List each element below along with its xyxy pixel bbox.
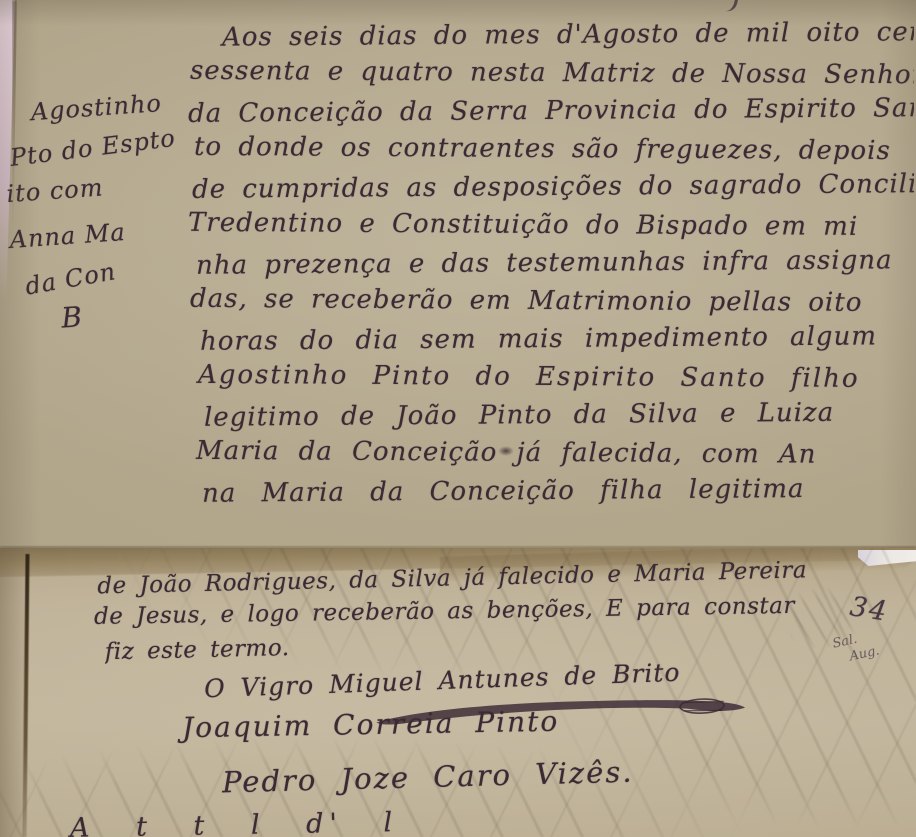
manuscript-line: Tredentino e Constituição do Bispado em … (188, 204, 914, 246)
manuscript-line: de cumpridas as desposições do sagrado C… (188, 165, 914, 209)
page-number: 34 (848, 591, 891, 628)
record-body-text: Aos seis dias do mes d'Agosto de mil oit… (188, 16, 914, 510)
manuscript-line: horas do dia sem mais impedimento algum (188, 317, 914, 361)
manuscript-line: nha prezença e das testemunhas infra ass… (188, 241, 914, 285)
manuscript-line: legitimo de João Pinto da Silva e Luiza (188, 393, 914, 437)
manuscript-line: das, se receberão em Matrimonio pellas o… (188, 280, 914, 322)
record-body-text-continued: de João Rodrigues, da Silva já falecido … (97, 554, 839, 670)
binding-gutter-shadow (0, 548, 24, 837)
manuscript-line: Agostinho Pinto do Espirito Santo filho (188, 356, 914, 398)
page-photo-top: Agostinho Pto do Espto ito com Anna Ma d… (0, 0, 916, 548)
manuscript-line: to donde os contraentes são freguezes, d… (188, 128, 914, 170)
manuscript-line: da Conceição da Serra Provincia do Espir… (188, 89, 914, 133)
signature-witness-1: Joaquim Correia Pinto (182, 705, 560, 745)
manuscript-line: sessenta e quatro nesta Matriz de Nossa … (188, 52, 914, 94)
ink-blot (498, 446, 514, 456)
page-photo-bottom: de João Rodrigues, da Silva já falecido … (0, 548, 916, 837)
manuscript-line: Aos seis dias do mes d'Agosto de mil oit… (188, 13, 914, 57)
margin-annotation: Agostinho Pto do Espto ito com Anna Ma d… (0, 82, 192, 342)
manuscript-scan: Agostinho Pto do Espto ito com Anna Ma d… (0, 0, 916, 837)
signature-witness-2: Pedro Joze Caro Vizês. (222, 755, 634, 800)
manuscript-line: Maria da Conceição já falecida, com An (188, 432, 914, 474)
manuscript-line: na Maria da Conceição filha legitima (188, 469, 914, 513)
cut-off-next-line: A t t l d' l (70, 807, 399, 837)
cropped-stroke-mark (722, 0, 739, 13)
